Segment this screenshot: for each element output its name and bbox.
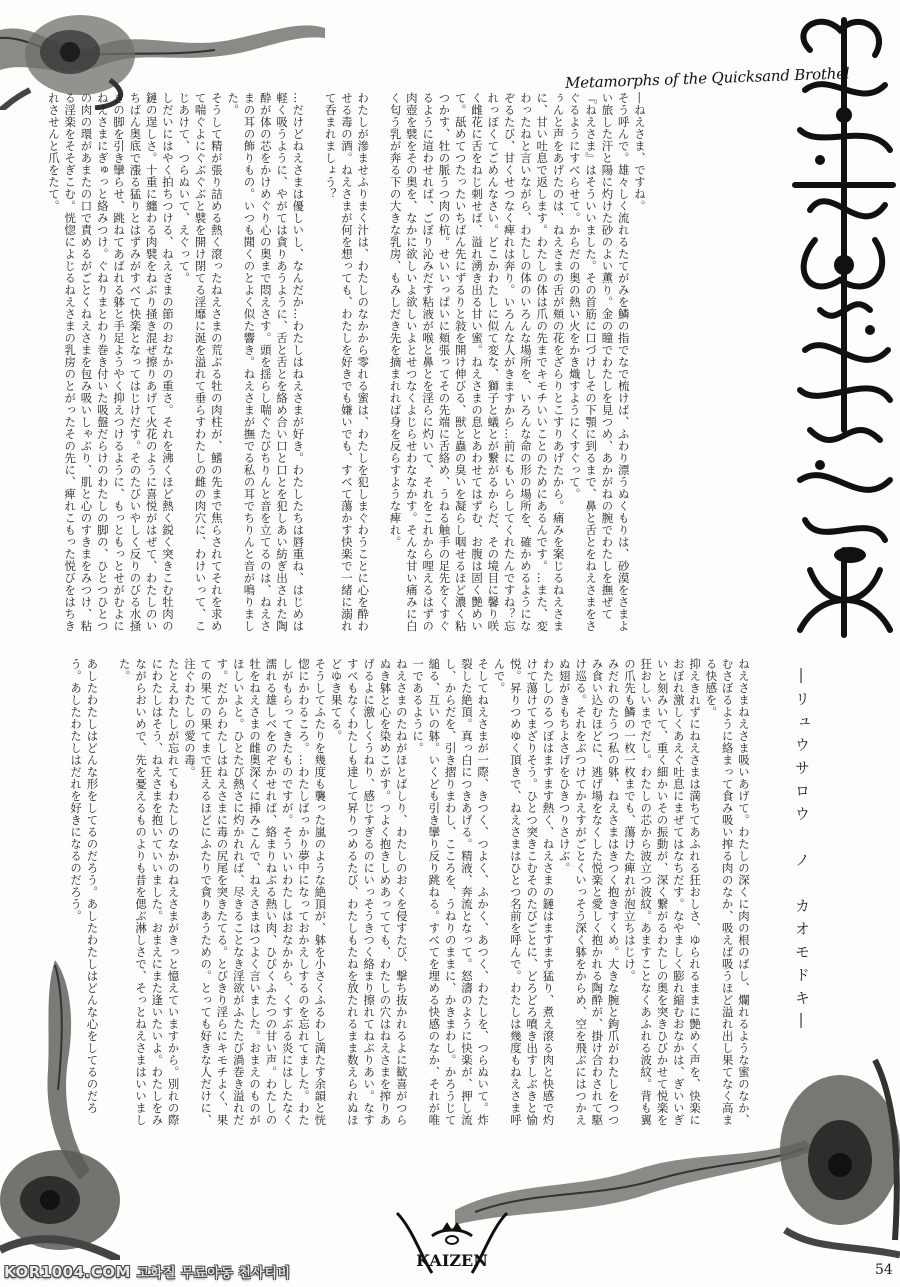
- upper-story-text: ―ねえさま、ですね。 そう呼んで。雄々しく流れるたてがみを鱗の指でなで梳けば、ふ…: [88, 92, 648, 632]
- paragraph: しだいにはやく拍ちつける、ねえさまの節のおなかの重さ。それを沸くほど熱く鋭く突き…: [46, 92, 176, 632]
- paragraph: そう呼んで。雄々しく流れるたてがみを鱗の指でなで梳けば、ふわり漂うぬくもりは、砂…: [567, 92, 632, 632]
- crown-logo-icon: KAIZEN: [392, 1208, 512, 1278]
- watermark-korean-text: 고화질 무료야동 천사티비: [137, 1266, 291, 1281]
- page-number: 54: [875, 1262, 893, 1278]
- paragraph: 抑えきれずにねえさまは満ちてあふれる狂おしさ、ゆられるままに艶めく声を、快楽にお…: [622, 658, 703, 1126]
- paragraph: ぅんと声をあげたのは、ねえさまの舌が頬の花をざらりとこすりあげたから。痛みを案じ…: [387, 92, 566, 632]
- paragraph: みだれのたうつ私の躰、ねえさまはきつく抱きすくめ。大きな腕と鉤爪がわたしをつつみ…: [556, 658, 621, 1126]
- paragraph: わたしが滲ませふりまく汁は、わたしのなかから零れる蜜は、わたしを犯しまぐわうこと…: [322, 92, 371, 632]
- paragraph: そしてねえさまが一際、きつく、つよく、ふかく、あつく、わたしを、つらぬいて。炸裂…: [410, 658, 491, 1126]
- lower-story-text: ねえさまねえさま吸いあげて。わたしの深くに肉の根のばし、爛れるような蜜のなか、む…: [112, 658, 752, 1126]
- bottom-left-claw-ornament: [0, 960, 120, 1260]
- paragraph: わたしのるつぼはますます熱く、ねえさまの鏈はますます猛り、煮え滾る肉と快感で灼け…: [491, 658, 556, 1126]
- paragraph: そうしてふたりを幾度も襲った嵐のような絶頂が、躰を小さくふるわし満たす余韻と恍惚…: [182, 658, 329, 1126]
- claw-illustration-icon: [0, 960, 120, 1260]
- watermark-site: KOR1004.COM: [4, 1263, 131, 1281]
- vertical-chapter-title: ―リュウサロウ ノ カオモドキ―: [792, 668, 813, 1148]
- kaizen-logo: KAIZEN: [392, 1208, 512, 1278]
- paragraph: …だけどねえさまは優しいし、なんだか…わたしはねえさまが好き。わたしたちは唇重ね…: [225, 92, 306, 632]
- ornamental-glyph-icon: [790, 10, 898, 640]
- paragraph: そうして精が張り詰める熱く滾ったねえさまの荒ぶる牡の肉柱が、鰭の先まで焦らされて…: [176, 92, 225, 632]
- paragraph: ―ねえさま、ですね。: [632, 92, 648, 632]
- paragraph: たとえわたしが忘れてもわたしのなかのねえさまがきっと憶えていますから。別れの際に…: [116, 658, 181, 1126]
- english-subtitle: Metamorphs of the Quicksand Brothel: [565, 66, 805, 92]
- calligraphic-title-art: [790, 10, 898, 640]
- svg-text:KAIZEN: KAIZEN: [416, 1251, 488, 1270]
- site-watermark: KOR1004.COM고화질 무료야동 천사티비: [4, 1262, 291, 1281]
- paragraph: あしたわたしはどんな形をしてるのだろう。あしたわたしはどんな心をしてるのだろう。…: [68, 658, 101, 1126]
- paragraph: ねえさまのたねがほとばしり、わたしのおくを侵すたび、撃ち抜かれるよに歓喜がつらぬ…: [328, 658, 409, 1126]
- paragraph: ねえさまねえさま吸いあげて。わたしの深くに肉の根のばし、爛れるような蜜のなか、む…: [703, 658, 752, 1126]
